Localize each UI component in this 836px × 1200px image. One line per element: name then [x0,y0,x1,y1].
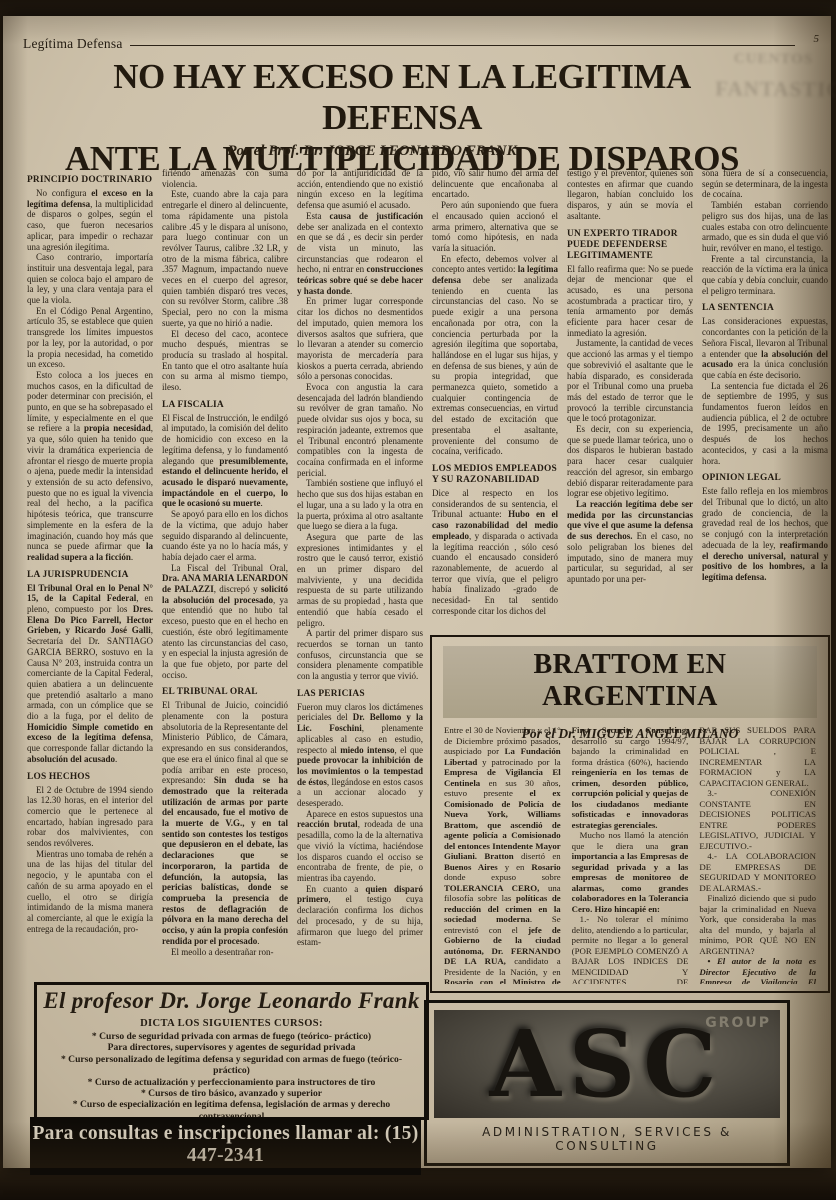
frank-courses-ad-box: El profesor Dr. Jorge Leonardo Frank DIC… [34,982,429,1120]
article-paragraph: Pero aún suponiendo que fuera el encausa… [432,200,558,254]
article-paragraph: Mucho nos llamó la atención que le diera… [572,830,689,914]
section-heading: LOS HECHOS [27,772,153,783]
article-column-6: sona fuera de sí a consecuencia, según s… [702,168,828,630]
article-paragraph: Las consideraciones expuestas, concordan… [702,316,828,380]
course-line: * Cursos de tiro básico, avanzado y supe… [43,1088,420,1099]
brattom-article-box: BRATTOM EN ARGENTINA Por el Dr. MIGUEL A… [430,635,830,993]
brattom-column-1: Entre el 30 de Noviembre y el 1° de Dici… [444,725,561,984]
article-paragraph: Frente a tal circunstancia, la reacción … [702,254,828,297]
brattom-columns: Entre el 30 de Noviembre y el 1° de Dici… [444,725,816,984]
article-paragraph: El Tribunal Oral en lo Penal N° 15, de l… [27,583,153,765]
article-paragraph: Dice al respecto en los considerandos de… [432,488,558,616]
asc-caption: ADMINISTRATION, SERVICES & CONSULTING [434,1125,780,1153]
frank-phone-bar: Para consultas e inscripciones llamar al… [30,1117,421,1175]
article-paragraph: También estaban corriendo peligro sus do… [702,200,828,254]
article-paragraph: Es decir, con su experiencia, que se pue… [567,424,693,499]
article-column-2: firiéndo amenazas con suma violencia.Est… [162,168,288,974]
article-column-5: testigo y el preventor, quienes son cont… [567,168,693,630]
main-headline: NO HAY EXCESO EN LA LEGITIMA DEFENSA ANT… [39,56,765,179]
article-paragraph: Asegura que parte de las expresiones int… [297,532,423,628]
article-paragraph: A partir del primer disparo sus recuerdo… [297,628,423,682]
asc-group-ad-box: ASC GROUP ADMINISTRATION, SERVICES & CON… [424,1000,790,1166]
article-column-4: pido, vió salir humo del arma del delinc… [432,168,558,630]
article-paragraph: Esta causa de justificación debe ser ana… [297,211,423,297]
article-paragraph: La sentencia fue dictada el 26 de septie… [702,381,828,467]
section-heading: LA SENTENCIA [702,303,828,314]
brattom-title: BRATTOM EN ARGENTINA [443,646,817,718]
article-paragraph: La reacción legítima debe ser medida por… [567,499,693,585]
article-paragraph: El Fiscal de Instrucción, le endilgó al … [162,413,288,509]
asc-logo-panel: ASC GROUP [434,1010,780,1118]
article-paragraph: El fallo reafirma que: No se puede dejar… [567,264,693,339]
course-line: Para directores, supervisores y agentes … [43,1042,420,1053]
asc-group-label: GROUP [705,1015,771,1031]
article-paragraph: No configura el exceso en la legítima de… [27,188,153,252]
article-paragraph: El deceso del caco, acontece mucho despu… [162,329,288,393]
article-paragraph: Este fallo refleja en los miembros del T… [702,486,828,582]
asc-logo-letters: ASC [489,1018,724,1110]
article-column-1: PRINCIPIO DOCTRINARIONo configura el exc… [27,168,153,974]
paper-sheet: Legítima Defensa 5 CUENTOS FANTASTICOS N… [3,16,831,1168]
article-paragraph: El 2 de Octubre de 1994 siendo las 12.30… [27,785,153,849]
article-paragraph: Aparece en estos supuestos una reacción … [297,809,423,884]
article-paragraph: Este, cuando abre la caja para entregarl… [162,189,288,328]
course-line: * Curso de actualización y perfeccionami… [43,1077,420,1088]
article-paragraph: • El autor de la nota es Director Ejecut… [699,956,816,984]
scanned-newspaper-page: Legítima Defensa 5 CUENTOS FANTASTICOS N… [0,0,836,1200]
section-heading: LAS PERICIAS [297,689,423,700]
article-paragraph: El meollo a desentrañar ron- [162,947,288,958]
article-paragraph: Caso contrario, importaría instituir una… [27,252,153,306]
frank-ad-subtitle: DICTA LOS SIGUIENTES CURSOS: [43,1018,420,1029]
article-paragraph: 4.- LA COLABORACION DE EMPRESAS DE SEGUR… [699,851,816,893]
article-paragraph: pido, vió salir humo del arma del delinc… [432,168,558,200]
article-byline: Por el Prof. Dr. JORGE LEONARDO FRANK [3,143,741,160]
article-paragraph: La Fiscal del Tribunal Oral, Dra. ANA MA… [162,563,288,681]
article-paragraph: RAR SUS SUELDOS PARA BAJAR LA CORRUPCION… [699,725,816,788]
frank-ad-title: El profesor Dr. Jorge Leonardo Frank [43,988,420,1014]
article-paragraph: firiéndo amenazas con suma violencia. [162,168,288,189]
article-paragraph: Evoca con angustia la cara desencajada d… [297,382,423,478]
brattom-column-3: RAR SUS SUELDOS PARA BAJAR LA CORRUPCION… [699,725,816,984]
headline-line-1: NO HAY EXCESO EN LA LEGITIMA DEFENSA [39,56,765,138]
article-paragraph: 3.- CONEXIÓN CONSTANTE EN DECISIONES POL… [699,788,816,851]
section-heading: LOS MEDIOS EMPLEADOS Y SU RAZONABILIDAD [432,464,558,486]
article-paragraph: En efecto, debemos volver al concepto an… [432,254,558,457]
article-paragraph: Mientras uno tomaba de rehén a una de la… [27,849,153,935]
article-paragraph: Justamente, la cantidad de veces que acc… [567,338,693,424]
article-paragraph: dó por la antijuridicidad de la acción, … [297,168,423,211]
article-paragraph: Esto coloca a los jueces en muchos casos… [27,370,153,563]
article-paragraph: sona fuera de sí a consecuencia, según s… [702,168,828,200]
article-paragraph: Se apoyó para ello en los dichos de la v… [162,509,288,563]
section-heading: LA FISCALIA [162,400,288,411]
article-paragraph: En primer lugar corresponde citar los di… [297,296,423,382]
course-line: * Curso de seguridad privada con armas d… [43,1031,420,1042]
section-heading: EL TRIBUNAL ORAL [162,687,288,698]
article-paragraph: En el Código Penal Argentino, artículo 3… [27,306,153,370]
course-line: * Curso personalizado de legítima defens… [43,1054,420,1077]
page-number: 5 [814,33,820,45]
article-paragraph: Entre el 30 de Noviembre y el 1° de Dici… [444,725,561,984]
article-paragraph: También sostiene que influyó el hecho qu… [297,478,423,532]
section-kicker: Legítima Defensa [23,36,123,52]
article-paragraph: testigo y el preventor, quienes son cont… [567,168,693,222]
section-heading: LA JURISPRUDENCIA [27,570,153,581]
section-heading: PRINCIPIO DOCTRINARIO [27,175,153,186]
article-paragraph: 1.- No tolerar el mínimo delito, atendie… [572,914,689,984]
section-heading: UN EXPERTO TIRADOR PUEDE DEFENDERSE LEGI… [567,229,693,262]
article-paragraph: First Security Consulting, desarrolló su… [572,725,689,830]
section-heading: OPINION LEGAL [702,473,828,484]
article-column-3: dó por la antijuridicidad de la acción, … [297,168,423,974]
article-paragraph: El Tribunal de Juicio, coincidió plename… [162,700,288,946]
header-rule [130,45,795,46]
article-paragraph: En cuanto a quien disparó primero, el te… [297,884,423,948]
article-paragraph: Fueron muy claros los dictámenes pericia… [297,702,423,809]
article-paragraph: Finalizó diciendo que si pudo bajar la c… [699,893,816,956]
frank-course-list: * Curso de seguridad privada con armas d… [43,1031,420,1122]
brattom-column-2: First Security Consulting, desarrolló su… [572,725,689,984]
